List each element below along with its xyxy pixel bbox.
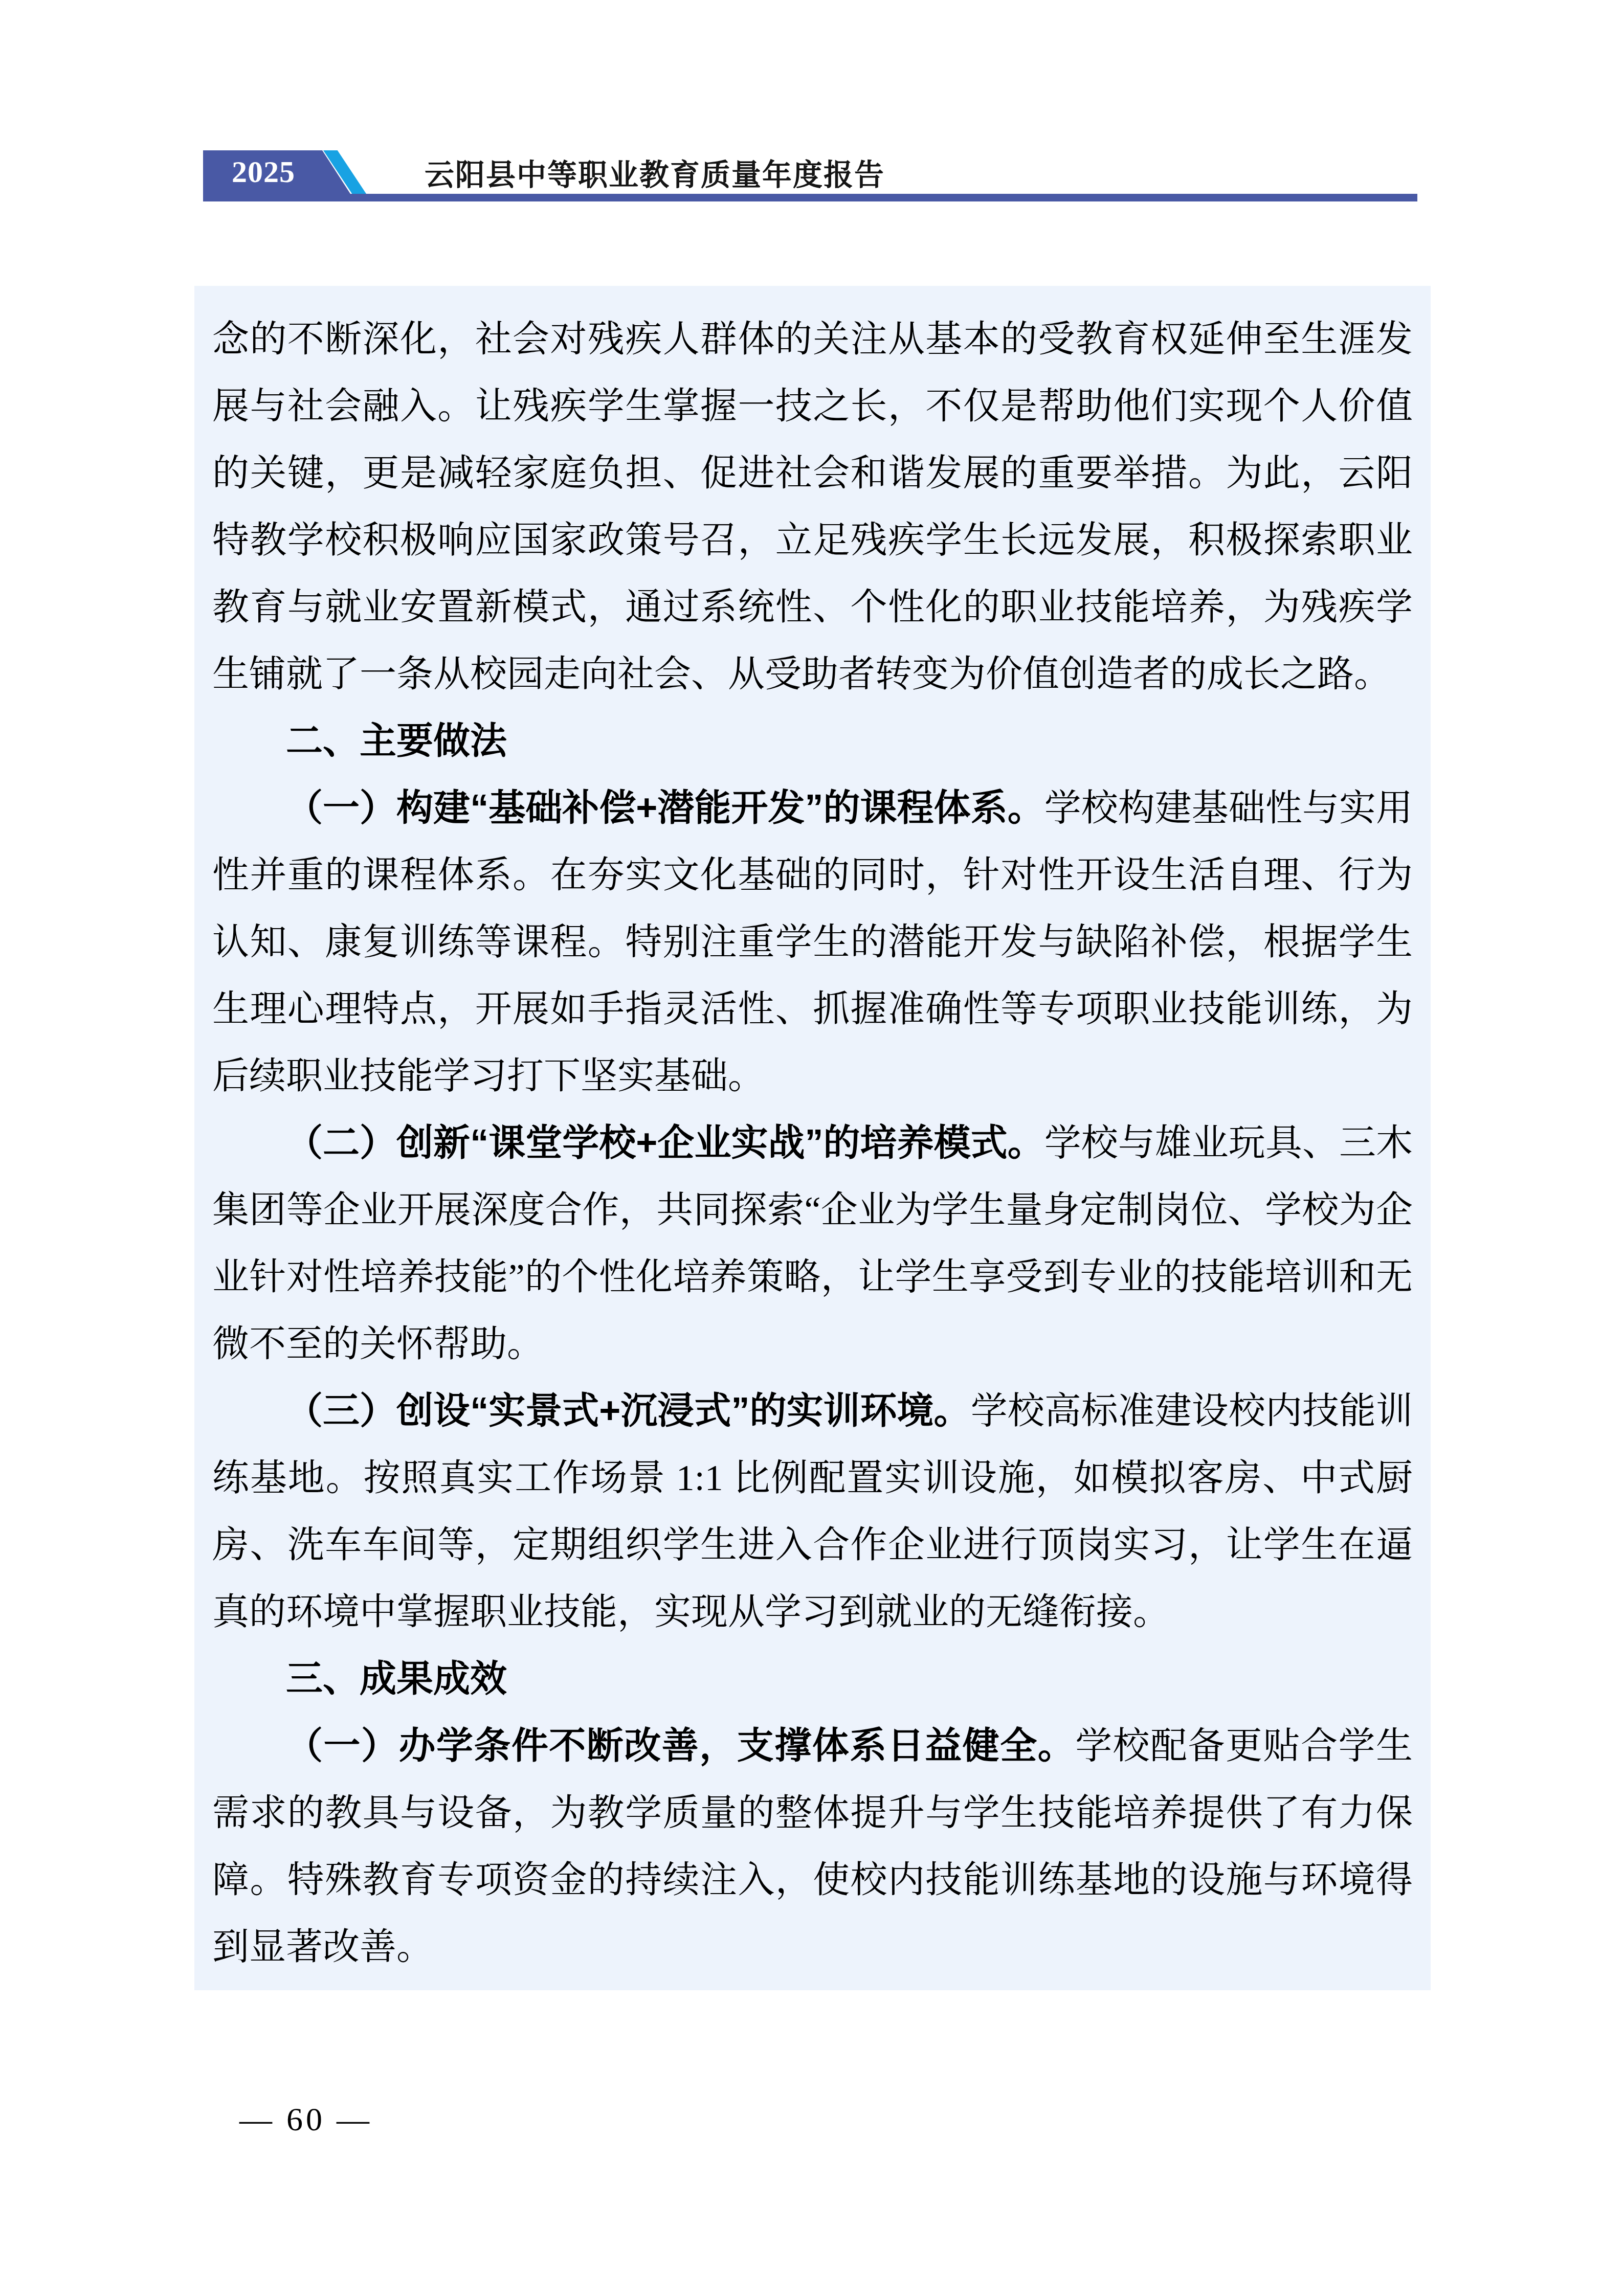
paragraph-practice-environment: （三）创设“实景式+沉浸式”的实训环境。学校高标准建设校内技能训练基地。按照真实…: [212, 1378, 1413, 1646]
section-heading-achievements: 三、成果成效: [212, 1646, 1413, 1713]
section-heading-main-practices: 二、主要做法: [212, 708, 1413, 775]
paragraph-intro-continuation: 念的不断深化，社会对残疾人群体的关注从基本的受教育权延伸至生涯发展与社会融入。让…: [212, 306, 1413, 708]
page-number: — 60 —: [239, 2101, 372, 2139]
paragraph-training-model-lead: （二）创新“课堂学校+企业实战”的培养模式。: [286, 1122, 1044, 1163]
report-title: 云阳县中等职业教育质量年度报告: [425, 150, 885, 194]
paragraph-school-conditions: （一）办学条件不断改善，支撑体系日益健全。学校配备更贴合学生需求的教具与设备，为…: [212, 1713, 1413, 1980]
paragraph-curriculum-text: 学校构建基础性与实用性并重的课程体系。在夯实文化基础的同时，针对性开设生活自理、…: [212, 787, 1413, 1096]
paragraph-curriculum: （一）构建“基础补偿+潜能开发”的课程体系。学校构建基础性与实用性并重的课程体系…: [212, 775, 1413, 1110]
paragraph-school-conditions-lead: （一）办学条件不断改善，支撑体系日益健全。: [286, 1725, 1075, 1766]
year-text: 2025: [232, 154, 322, 190]
paragraph-practice-environment-lead: （三）创设“实景式+沉浸式”的实训环境。: [286, 1390, 971, 1431]
header-rule-bar: [203, 194, 1417, 201]
paragraph-curriculum-lead: （一）构建“基础补偿+潜能开发”的课程体系。: [286, 787, 1044, 828]
paragraph-training-model: （二）创新“课堂学校+企业实战”的培养模式。学校与雄业玩具、三木集团等企业开展深…: [212, 1110, 1413, 1378]
content-panel: 念的不断深化，社会对残疾人群体的关注从基本的受教育权延伸至生涯发展与社会融入。让…: [194, 286, 1431, 1990]
document-page: 2025 云阳县中等职业教育质量年度报告 念的不断深化，社会对残疾人群体的关注从…: [0, 0, 1624, 2296]
